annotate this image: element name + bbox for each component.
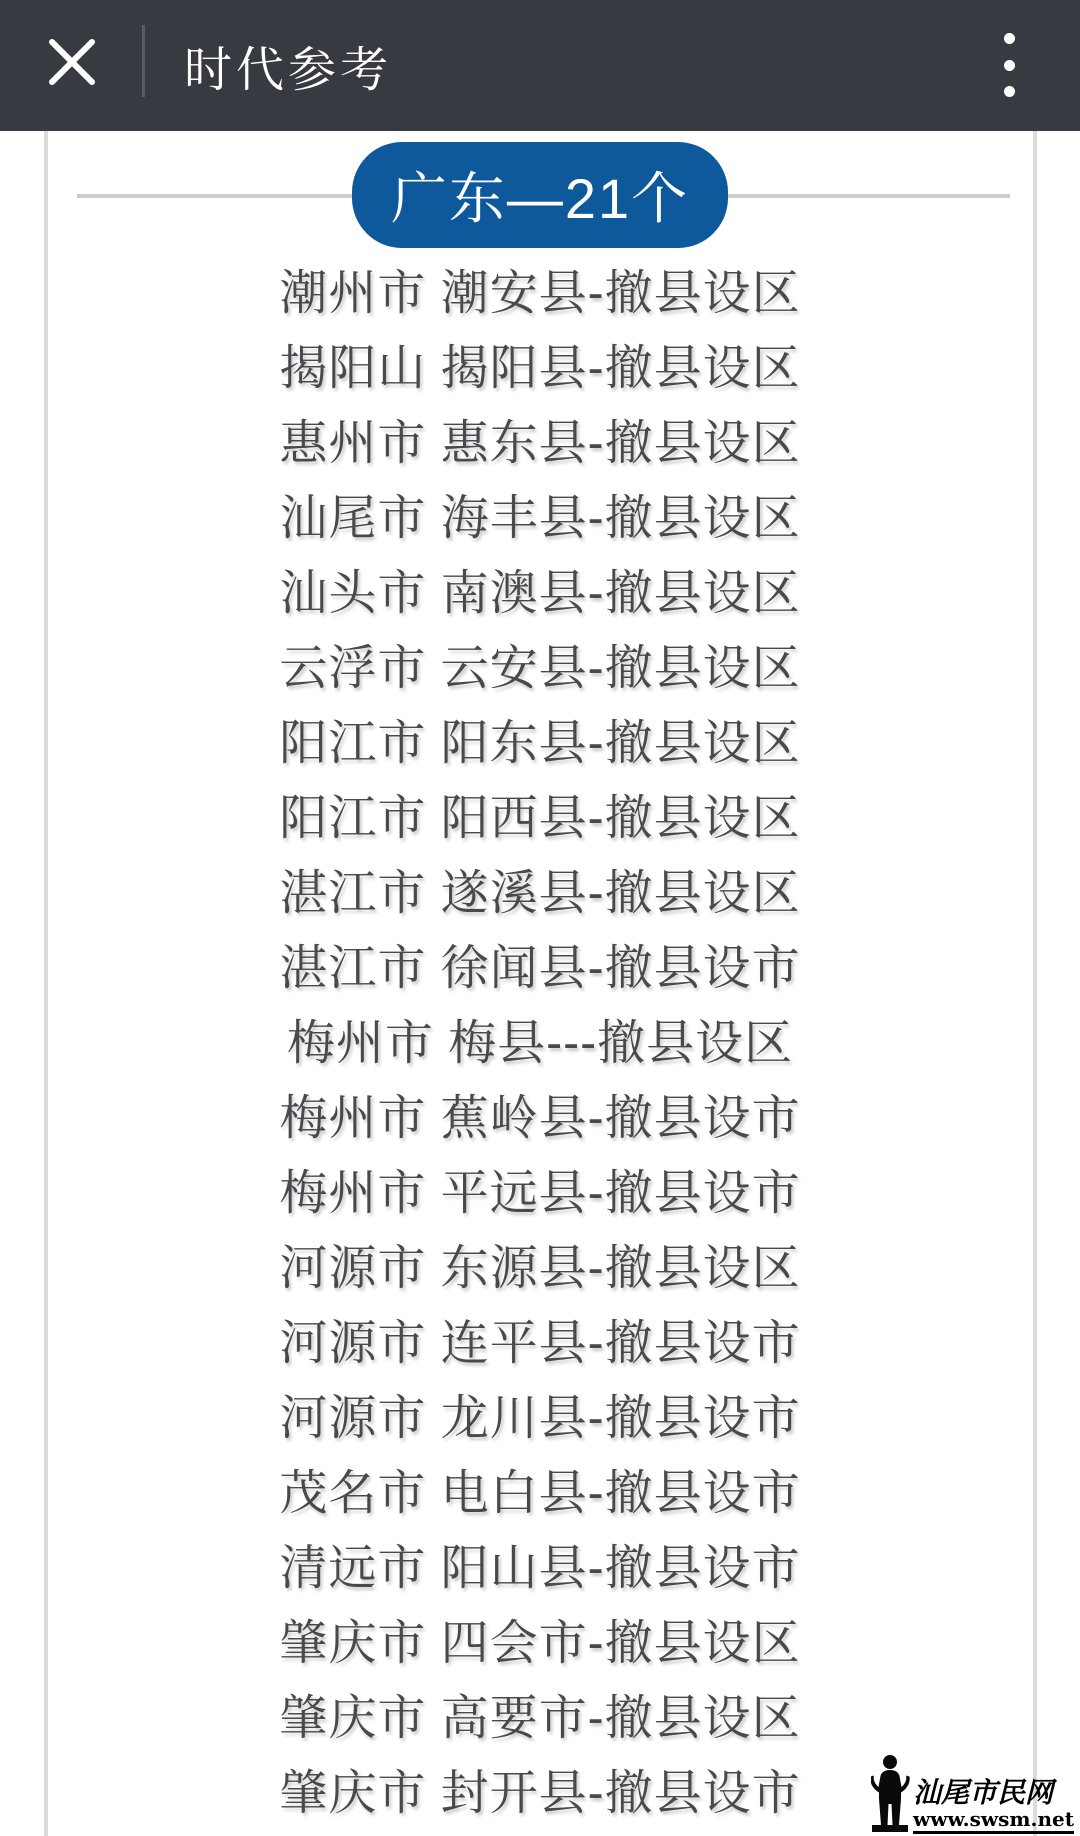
province-count-badge: 广东—21个 <box>352 142 728 248</box>
list-item: 汕头市 南澳县-撤县设区 <box>50 556 1030 631</box>
list-item: 揭阳山 揭阳县-撤县设区 <box>50 331 1030 406</box>
county-change-list: 潮州市 潮安县-撤县设区揭阳山 揭阳县-撤县设区惠州市 惠东县-撤县设区汕尾市 … <box>50 256 1030 1831</box>
list-item: 湛江市 遂溪县-撤县设区 <box>50 856 1030 931</box>
close-button[interactable] <box>44 34 100 90</box>
watermark-site-name: 汕尾市民网 <box>913 1778 1053 1808</box>
list-item: 阳江市 阳西县-撤县设区 <box>50 781 1030 856</box>
list-item: 阳江市 阳东县-撤县设区 <box>50 706 1030 781</box>
card-border-left <box>44 131 48 1836</box>
watermark-text: 汕尾市民网 www.swsm.net <box>913 1778 1074 1834</box>
list-item: 汕尾市 海丰县-撤县设区 <box>50 481 1030 556</box>
app-screen: 时代参考 广东—21个 潮州市 潮安县-撤县设区揭阳山 揭阳县-撤县设区惠州市 … <box>0 0 1080 1836</box>
watermark-site-url: www.swsm.net <box>913 1808 1074 1834</box>
more-menu-button[interactable] <box>994 28 1024 102</box>
list-item: 梅州市 梅县---撤县设区 <box>50 1006 1030 1081</box>
kebab-menu-icon <box>1004 86 1015 97</box>
list-item: 河源市 东源县-撤县设区 <box>50 1231 1030 1306</box>
person-silhouette-icon <box>871 1754 911 1834</box>
list-item: 河源市 连平县-撤县设市 <box>50 1306 1030 1381</box>
kebab-menu-icon <box>1004 33 1015 44</box>
card-border-right <box>1033 131 1037 1836</box>
list-item: 梅州市 蕉岭县-撤县设市 <box>50 1081 1030 1156</box>
list-item: 潮州市 潮安县-撤县设区 <box>50 256 1030 331</box>
header-bar: 时代参考 <box>0 0 1080 131</box>
site-watermark: 汕尾市民网 www.swsm.net <box>871 1754 1074 1834</box>
list-item: 肇庆市 高要市-撤县设区 <box>50 1681 1030 1756</box>
close-icon <box>44 34 100 90</box>
header-divider <box>142 25 145 97</box>
kebab-menu-icon <box>1004 60 1015 71</box>
list-item: 云浮市 云安县-撤县设区 <box>50 631 1030 706</box>
page-title: 时代参考 <box>184 0 392 131</box>
list-item: 梅州市 平远县-撤县设市 <box>50 1156 1030 1231</box>
list-item: 茂名市 电白县-撤县设市 <box>50 1456 1030 1531</box>
list-item: 湛江市 徐闻县-撤县设市 <box>50 931 1030 1006</box>
list-item: 肇庆市 四会市-撤县设区 <box>50 1606 1030 1681</box>
list-item: 清远市 阳山县-撤县设市 <box>50 1531 1030 1606</box>
list-item: 惠州市 惠东县-撤县设区 <box>50 406 1030 481</box>
list-item: 河源市 龙川县-撤县设市 <box>50 1381 1030 1456</box>
